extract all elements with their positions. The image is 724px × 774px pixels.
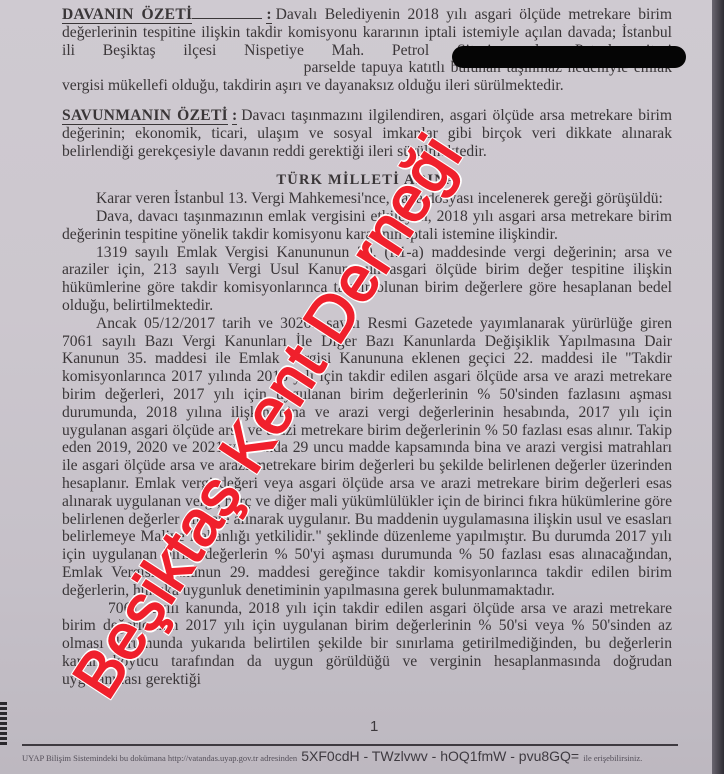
spacer xyxy=(62,95,672,107)
footer-divider xyxy=(22,744,678,746)
verification-code: 5XF0cdH - TWzlvwv - hOQ1fmW - pvu8GQ= xyxy=(301,748,579,764)
footer-prefix: UYAP Bilişim Sistemindeki bu dokümana ht… xyxy=(22,753,297,763)
page-edge-shadow xyxy=(712,0,724,774)
heading-colon: : xyxy=(266,6,271,24)
savunmanin-ozeti-label: SAVUNMANIN ÖZETİ xyxy=(62,107,228,125)
page-number: 1 xyxy=(370,718,378,735)
document-title: TÜRK MİLLETİ ADINA xyxy=(62,172,672,190)
heading-underline xyxy=(192,18,262,19)
redaction-bar xyxy=(452,46,686,68)
footer: UYAP Bilişim Sistemindeki bu dokümana ht… xyxy=(22,748,702,764)
qr-code-icon xyxy=(0,702,7,746)
footer-suffix: ile erişebilirsiniz. xyxy=(583,753,642,763)
davanin-ozeti-label: DAVANIN ÖZETİ xyxy=(62,6,192,24)
savunmanin-ozeti-section: SAVUNMANIN ÖZETİ:Davacı taşınmazını ilgi… xyxy=(62,107,672,160)
heading-colon: : xyxy=(232,107,237,125)
